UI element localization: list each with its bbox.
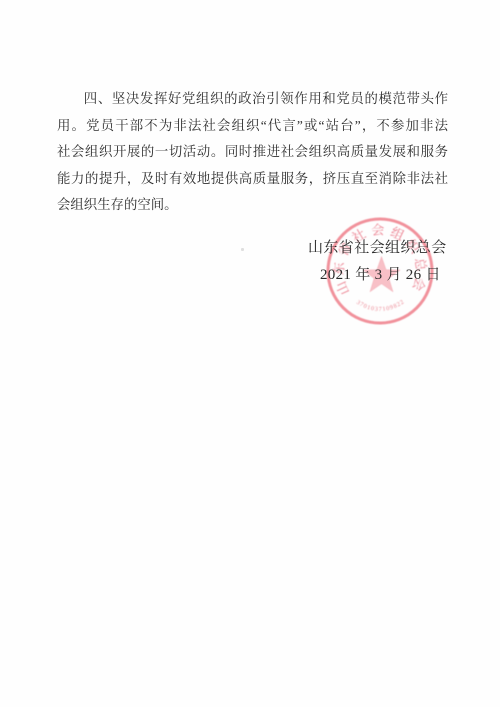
scan-noise-dot: [241, 248, 244, 251]
paragraph-line: 用。党员干部不为非法社会组织“代言”或“站台”，不参加非法: [57, 113, 448, 140]
paragraph-line: 社会组织开展的一切活动。同时推进社会组织高质量发展和服务: [57, 139, 448, 166]
signature-org-name: 山东省社会组织总会: [308, 238, 447, 258]
document-page: 四、坚决发挥好党组织的政治引领作用和党员的模范带头作用。党员干部不为非法社会组织…: [0, 0, 500, 707]
seal-code: 3701037109822: [355, 298, 406, 313]
signature-date: 2021 年 3 月 26 日: [320, 265, 441, 285]
paragraph-line: 四、坚决发挥好党组织的政治引领作用和党员的模范带头作: [57, 86, 448, 113]
body-paragraph: 四、坚决发挥好党组织的政治引领作用和党员的模范带头作用。党员干部不为非法社会组织…: [57, 86, 448, 219]
svg-text:3701037109822: 3701037109822: [355, 298, 406, 313]
paragraph-line: 能力的提升，及时有效地提供高质量服务，挤压直至消除非法社: [57, 166, 448, 193]
